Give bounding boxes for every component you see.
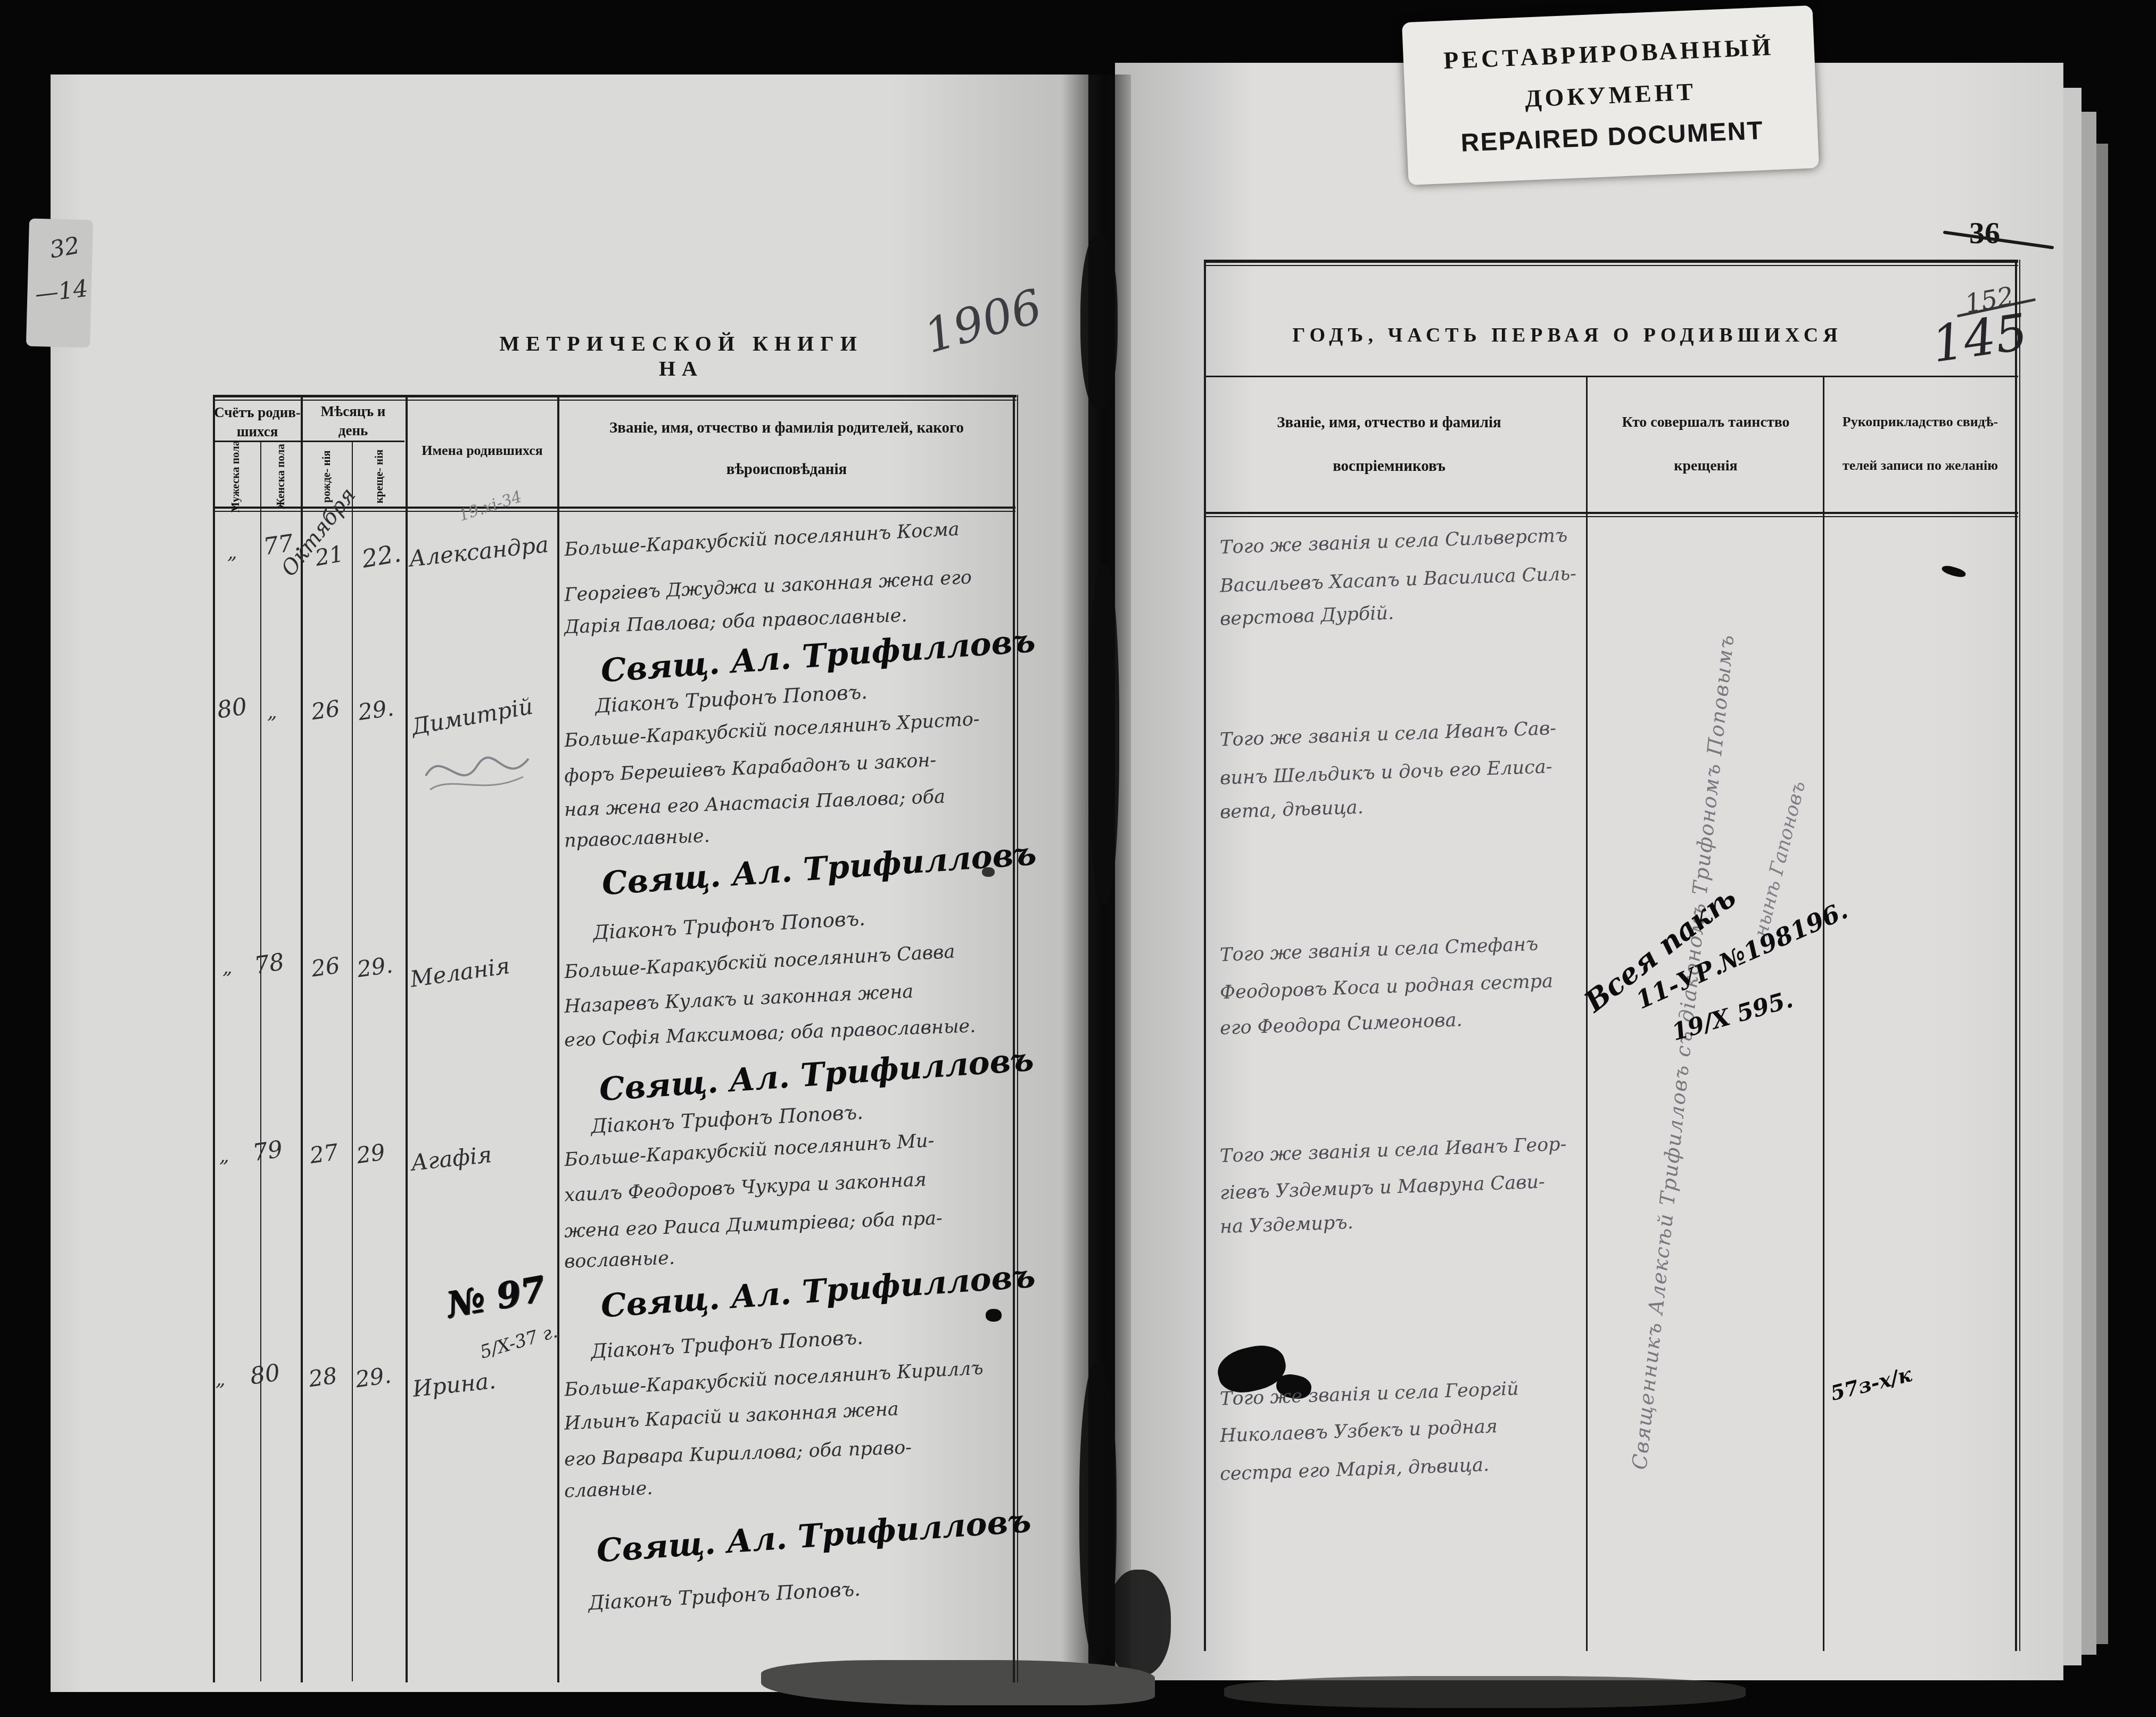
binding-tear [1088,564,1119,905]
entry3-male-ditto: „ [222,957,233,978]
label-line-ru-1: РЕСТАВРИРОВАННЫЙ [1403,31,1815,76]
col-header-born: рожде- нія [320,450,333,502]
col-header-date-group-2: день [302,422,404,439]
col-header-witness: Рукоприкладство свидѣ- [1830,414,2011,430]
entry4-female-count: 79 [251,1135,285,1166]
entry2-male-count: 80 [216,693,249,724]
page-edge-strip [2096,144,2108,1644]
col-header-baptized: креще- нія [373,449,386,503]
entry3-born-day: 26 [310,952,342,982]
slip-number-2: —14 [34,275,89,308]
col-header-count-group-2: шихся [214,424,301,440]
entry1-born-day: 21 [313,541,345,571]
entry4-male-ditto: „ [219,1145,229,1167]
entry5-female-count: 80 [249,1359,282,1390]
slip-number: 32 [48,232,82,264]
ink-blot [986,1309,1002,1322]
entry4-born-day: 27 [308,1139,340,1169]
entry1-male-ditto: „ [227,542,237,563]
repaired-document-label: РЕСТАВРИРОВАННЫЙ ДОКУМЕНТ REPAIRED DOCUM… [1402,5,1819,185]
col-header-witness-2: телей записи по желанію [1830,458,2011,474]
bottom-torn-paper [1224,1676,1746,1708]
col-header-male: Мужеска пола [229,440,243,512]
col-header-minister: Кто совершалъ таинство [1594,414,1818,431]
entry3-baptized-day: 29. [356,952,394,983]
col-header-godparents-2: воспріемниковъ [1235,458,1543,475]
entry5-male-ditto: „ [216,1368,226,1390]
entry4-baptized-day: 29 [355,1139,387,1169]
crossed-out-printed-number: 36 [1969,215,2000,251]
page-edge-strip [2063,88,2081,1665]
pencil-scribble [419,743,536,801]
label-line-en: REPAIRED DOCUMENT [1406,114,1818,160]
scanned-book-spread: РЕСТАВРИРОВАННЫЙ ДОКУМЕНТ REPAIRED DOCUM… [0,0,2156,1717]
page-edge-strip [2081,112,2096,1655]
col-header-names: Имена родившихся [409,443,556,459]
left-page-title: МЕТРИЧЕСКОЙ КНИГИ НА [479,331,883,381]
entry4-parents-line: вославные. [564,1247,675,1272]
entry5-born-day: 28 [307,1363,339,1392]
entry2-born-day: 26 [310,695,342,725]
entry3-female-count: 78 [253,948,286,979]
col-header-count-group: Счётъ родив- [214,404,301,421]
margin-slip: 32 —14 [26,218,93,347]
right-page-title: ГОДЪ, ЧАСТЬ ПЕРВАЯ О РОДИВШИХСЯ [1267,324,1868,347]
col-header-female: Женска пола [274,444,287,509]
binding-tear [1107,1570,1171,1676]
entry5-baptized-day: 29. [354,1362,393,1393]
bottom-torn-paper [761,1660,1155,1705]
col-header-parents-2: вѣроисповѣданія [563,461,1010,478]
entry2-baptized-day: 29. [357,695,395,726]
col-header-date-group: Мѣсяцъ и [302,403,404,420]
col-header-godparents: Званіе, имя, отчество и фамилія [1235,414,1543,432]
col-header-minister-2: крещенія [1594,458,1818,475]
col-header-parents: Званіе, имя, отчество и фамилія родителе… [563,419,1010,437]
label-line-ru-2: ДОКУМЕНТ [1405,72,1816,118]
binding-tear [1080,234,1118,410]
entry5-parents-line: славные. [564,1478,653,1502]
entry2-female-ditto: „ [267,701,277,723]
